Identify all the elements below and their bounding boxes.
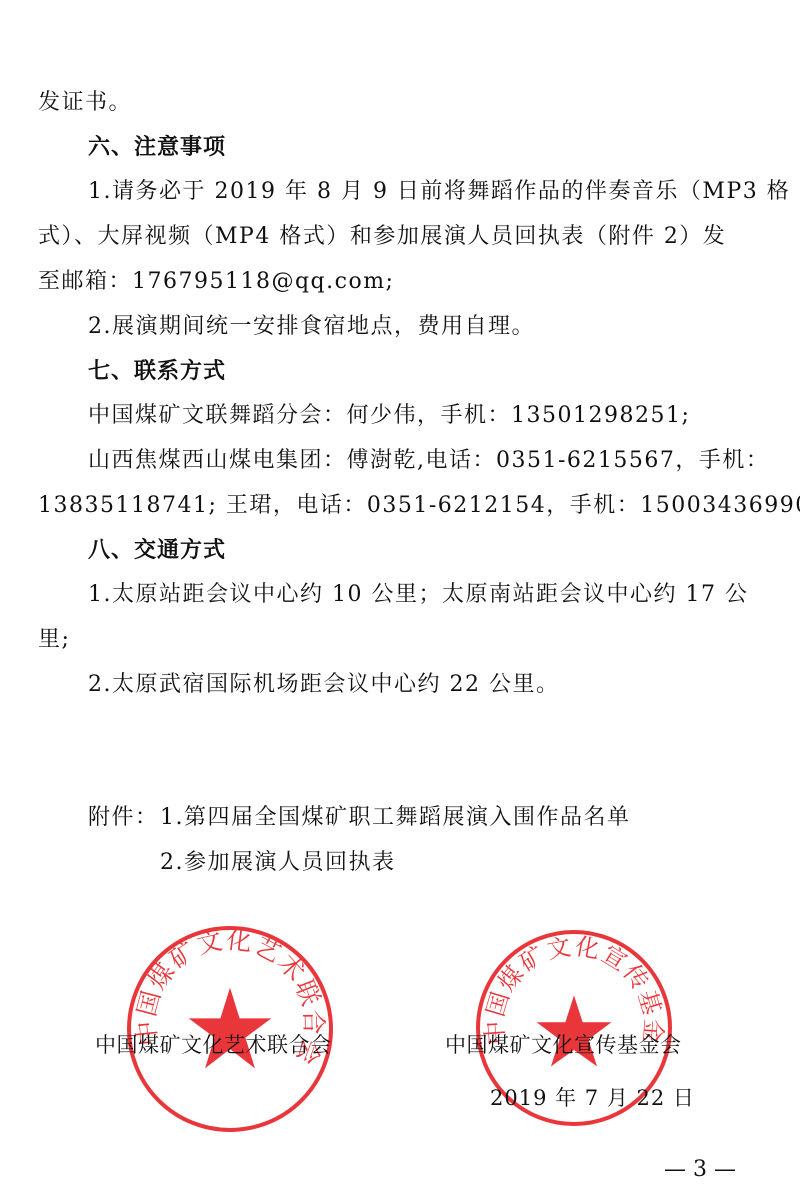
signature-art-federation: 中国煤矿文化艺术联合会 — [95, 1031, 332, 1059]
precautions-line-1: 1.请务必于 2019 年 8 月 9 日前将舞蹈作品的伴奏音乐（MP3 格 — [88, 177, 790, 207]
document-date: 2019 年 7 月 22 日 — [490, 1084, 695, 1112]
section-heading-contacts: 七、联系方式 — [88, 357, 226, 387]
contact-line-2: 山西焦煤西山煤电集团：傅澍乾,电话：0351-6215567，手机： — [88, 446, 769, 476]
attachment-item-1: 1.第四届全国煤矿职工舞蹈展演入围作品名单 — [160, 803, 631, 833]
precautions-email-line: 至邮箱：176795118@qq.com; — [38, 267, 394, 297]
precautions-line-4: 2.展演期间统一安排食宿地点，费用自理。 — [88, 312, 535, 342]
transport-line-1: 1.太原站距会议中心约 10 公里；太原南站距会议中心约 17 公 — [88, 580, 748, 610]
contact-line-3: 13835118741; 王珺，电话：0351-6212154，手机：15003… — [38, 491, 800, 521]
seal-star-icon: 中国煤矿文化艺术联合会 — [131, 930, 329, 1128]
section-heading-precautions: 六、注意事项 — [88, 133, 226, 163]
signature-culture-foundation: 中国煤矿文化宣传基金会 — [445, 1031, 682, 1059]
transport-line-3: 2.太原武宿国际机场距会议中心约 22 公里。 — [88, 670, 559, 700]
transport-line-2: 里; — [38, 625, 70, 655]
attachments-label: 附件： — [88, 803, 159, 833]
precautions-line-2: 式）、大屏视频（MP4 格式）和参加展演人员回执表（附件 2）发 — [38, 222, 726, 252]
section-heading-transport: 八、交通方式 — [88, 536, 226, 566]
attachment-item-2: 2.参加展演人员回执表 — [160, 848, 396, 878]
contact-line-1: 中国煤矿文联舞蹈分会：何少伟，手机：13501298251; — [88, 401, 690, 431]
continuation-text: 发证书。 — [38, 88, 132, 118]
official-seal-art-federation: 中国煤矿文化艺术联合会 — [127, 926, 333, 1132]
page-number: — 3 — — [664, 1156, 736, 1184]
